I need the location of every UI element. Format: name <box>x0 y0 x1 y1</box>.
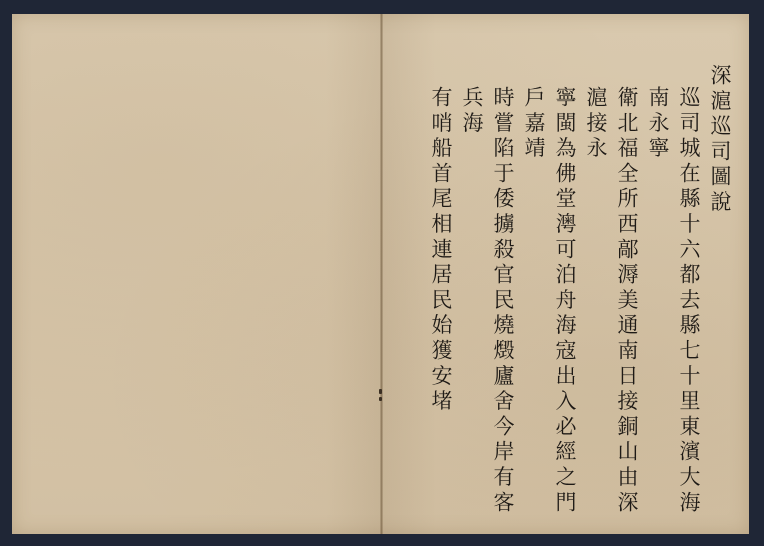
text-column-1: 巡司城在縣十六都去縣七十里東濱大海南永寧 <box>642 64 704 534</box>
center-fold <box>380 14 383 534</box>
vertical-text-block: 深滬巡司圖說 巡司城在縣十六都去縣七十里東濱大海南永寧 衛北福全所西鄗溽美通南日… <box>425 64 735 534</box>
document-title: 深滬巡司圖說 <box>704 64 735 534</box>
left-page-blank <box>12 14 381 534</box>
fold-stain-mark <box>379 397 382 401</box>
text-column-4: 時嘗陷于倭擄殺官民燒燬廬舍今岸有客兵海 <box>456 64 518 534</box>
manuscript-spread: 深滬巡司圖說 巡司城在縣十六都去縣七十里東濱大海南永寧 衛北福全所西鄗溽美通南日… <box>12 14 749 534</box>
fold-stain-mark <box>379 389 382 394</box>
text-column-2: 衛北福全所西鄗溽美通南日接銅山由深滬接永 <box>580 64 642 534</box>
text-column-5: 有哨船首尾相連居民始獲安堵 <box>425 64 456 534</box>
text-column-3: 寧閩為佛堂澚可泊舟海寇出入必經之門戶嘉靖 <box>518 64 580 534</box>
